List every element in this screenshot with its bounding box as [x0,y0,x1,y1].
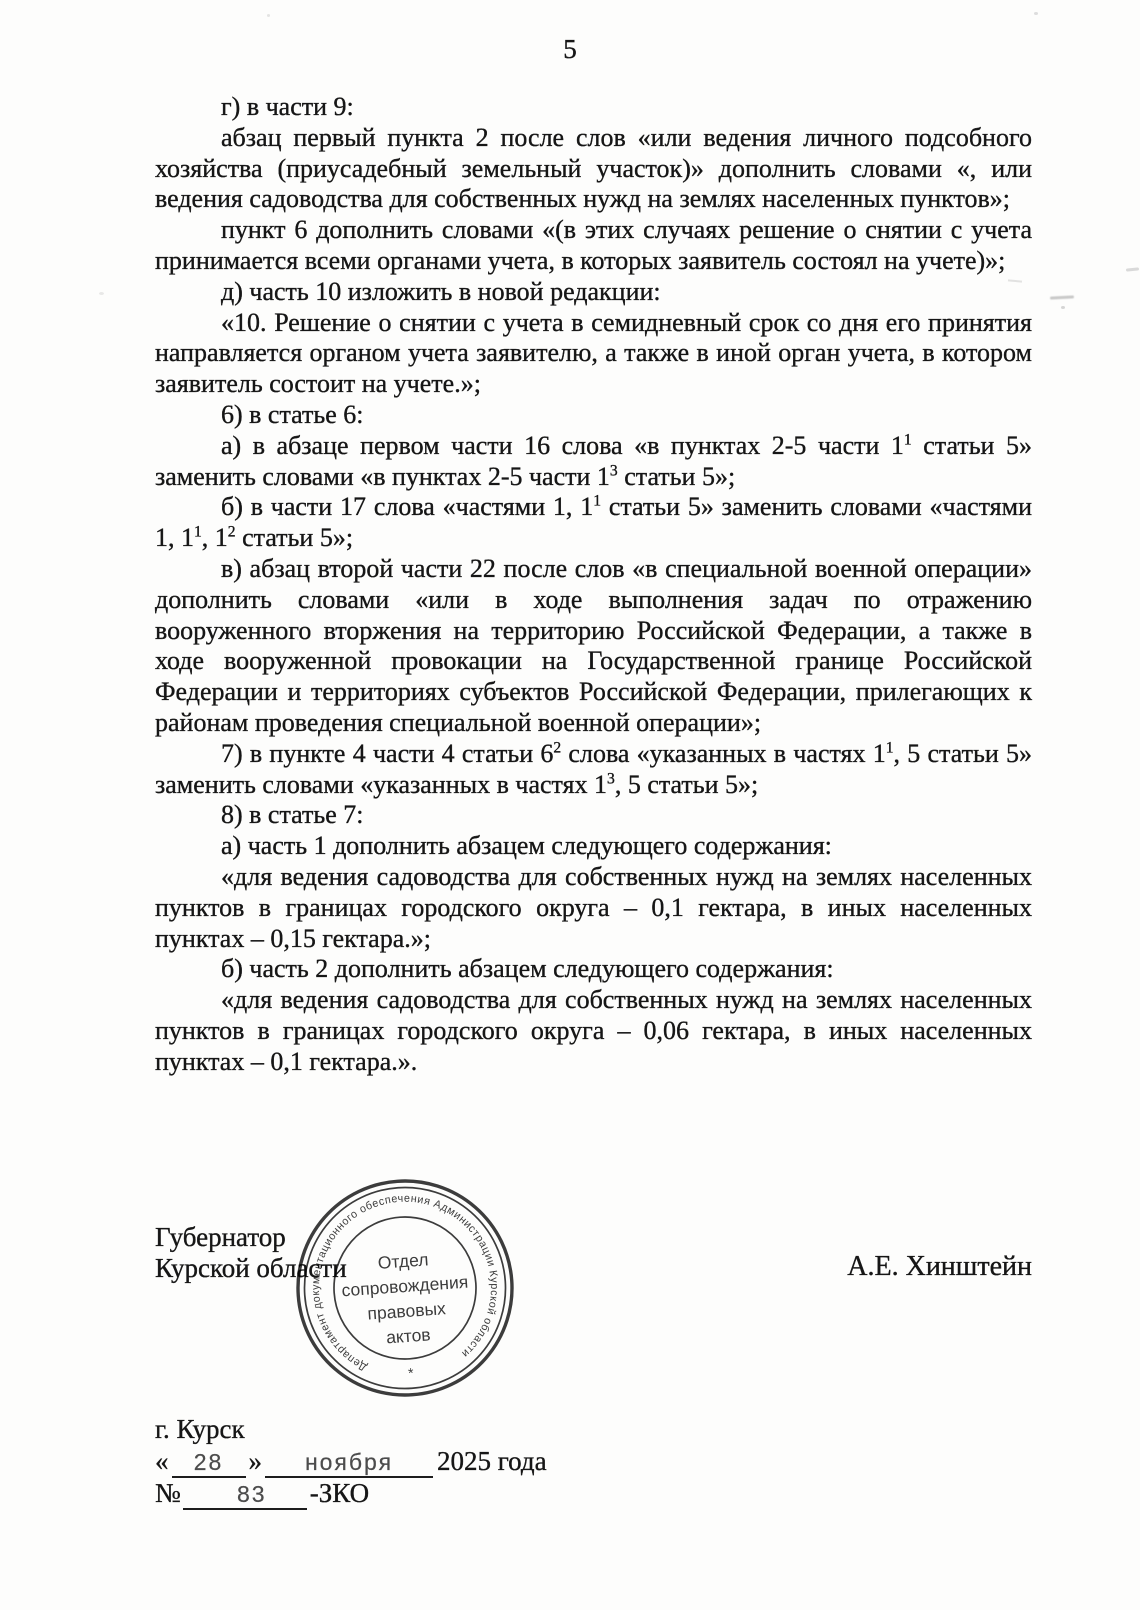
text-run: , 1 [202,523,228,552]
text-run: в) абзац второй части 22 после слов «в с… [155,554,1032,737]
act-number-suffix: -ЗКО [310,1478,369,1509]
paragraph: г) в части 9: [155,92,1032,123]
paragraph: 7) в пункте 4 части 4 статьи 62 слова «у… [155,739,1032,801]
paragraph: в) абзац второй части 22 после слов «в с… [155,554,1032,739]
scan-artifact [1061,306,1065,309]
paragraph: а) в абзаце первом части 16 слова «в пун… [155,431,1032,493]
text-run: пункт 6 дополнить словами «(в этих случа… [155,215,1032,275]
scan-artifact [1050,295,1074,299]
document-page: 5 г) в части 9:абзац первый пункта 2 пос… [0,0,1140,1610]
quote-close: » [249,1446,263,1477]
text-run: статьи 5»; [236,523,353,552]
date-day-field: 28 [172,1448,246,1478]
superscript-run: 1 [904,431,912,448]
superscript-run: 1 [194,524,202,541]
superscript-run: 2 [228,524,236,541]
text-run: статьи 5»; [618,462,735,491]
paragraph: пункт 6 дополнить словами «(в этих случа… [155,215,1032,277]
text-run: слова «указанных в частях 1 [561,739,886,768]
signatory-name: А.Е. Хинштейн [847,1251,1032,1282]
issuance-block: г. Курск « 28 » ноября 2025 года № 83 -З… [155,1414,547,1510]
stamp-center-line: актов [385,1324,431,1347]
paragraph: а) часть 1 дополнить абзацем следующего … [155,831,1032,862]
paragraph: «10. Решение о снятии с учета в семиднев… [155,308,1032,400]
stamp-star: * [408,1365,415,1381]
superscript-run: 1 [593,493,601,510]
paragraph: б) часть 2 дополнить абзацем следующего … [155,954,1032,985]
text-run: д) часть 10 изложить в новой редакции: [221,277,661,306]
scan-artifact [1126,267,1139,271]
text-run: б) в части 17 слова «частями 1, 1 [221,492,593,521]
scan-artifact [267,14,270,17]
paragraph: «для ведения садоводства для собственных… [155,985,1032,1077]
text-run: б) часть 2 дополнить абзацем следующего … [221,954,834,983]
stamp-seal-icon: Департамент документационного обеспечени… [284,1167,525,1408]
paragraph: д) часть 10 изложить в новой редакции: [155,277,1032,308]
superscript-run: 3 [610,462,618,479]
city-label: г. Курск [155,1414,245,1445]
act-number-field: 83 [183,1480,307,1510]
paragraph: абзац первый пункта 2 после слов «или ве… [155,123,1032,215]
text-run: , 5 статьи 5»; [615,770,758,799]
stamp-center-line: сопровождения [341,1272,469,1301]
text-run: 7) в пункте 4 части 4 статьи 6 [221,739,553,768]
scan-artifact [1034,12,1038,15]
text-run: г) в части 9: [221,92,354,121]
text-run: «для ведения садоводства для собственных… [155,985,1032,1076]
date-month-field: ноября [265,1448,433,1478]
superscript-run: 2 [553,739,561,756]
quote-open: « [155,1446,169,1477]
document-body: г) в части 9:абзац первый пункта 2 после… [155,92,1032,1078]
issuance-date-line: « 28 » ноября 2025 года [155,1446,547,1478]
signature-block: Губернатор Курской области А.Е. Хинштейн [155,1222,1032,1284]
text-run: «для ведения садоводства для собственных… [155,862,1032,953]
paragraph: 8) в статье 7: [155,800,1032,831]
text-run: «10. Решение о снятии с учета в семиднев… [155,308,1032,399]
number-sign: № [155,1478,181,1509]
paragraph: б) в части 17 слова «частями 1, 11 стать… [155,492,1032,554]
issuance-city: г. Курск [155,1414,547,1446]
scan-artifact [99,292,104,295]
superscript-run: 1 [886,739,894,756]
text-run: а) в абзаце первом части 16 слова «в пун… [221,431,904,460]
text-run: абзац первый пункта 2 после слов «или ве… [155,123,1032,214]
page-number: 5 [0,34,1140,65]
official-stamp: Департамент документационного обеспечени… [284,1167,525,1408]
paragraph: 6) в статье 6: [155,400,1032,431]
superscript-run: 3 [607,770,615,787]
paragraph: «для ведения садоводства для собственных… [155,862,1032,954]
text-run: а) часть 1 дополнить абзацем следующего … [221,831,832,860]
issuance-number-line: № 83 -ЗКО [155,1478,547,1510]
date-year: 2025 года [437,1446,547,1477]
text-run: 6) в статье 6: [221,400,364,429]
stamp-center-line: правовых [367,1298,447,1323]
stamp-center-line: Отдел [377,1249,429,1272]
text-run: 8) в статье 7: [221,800,364,829]
